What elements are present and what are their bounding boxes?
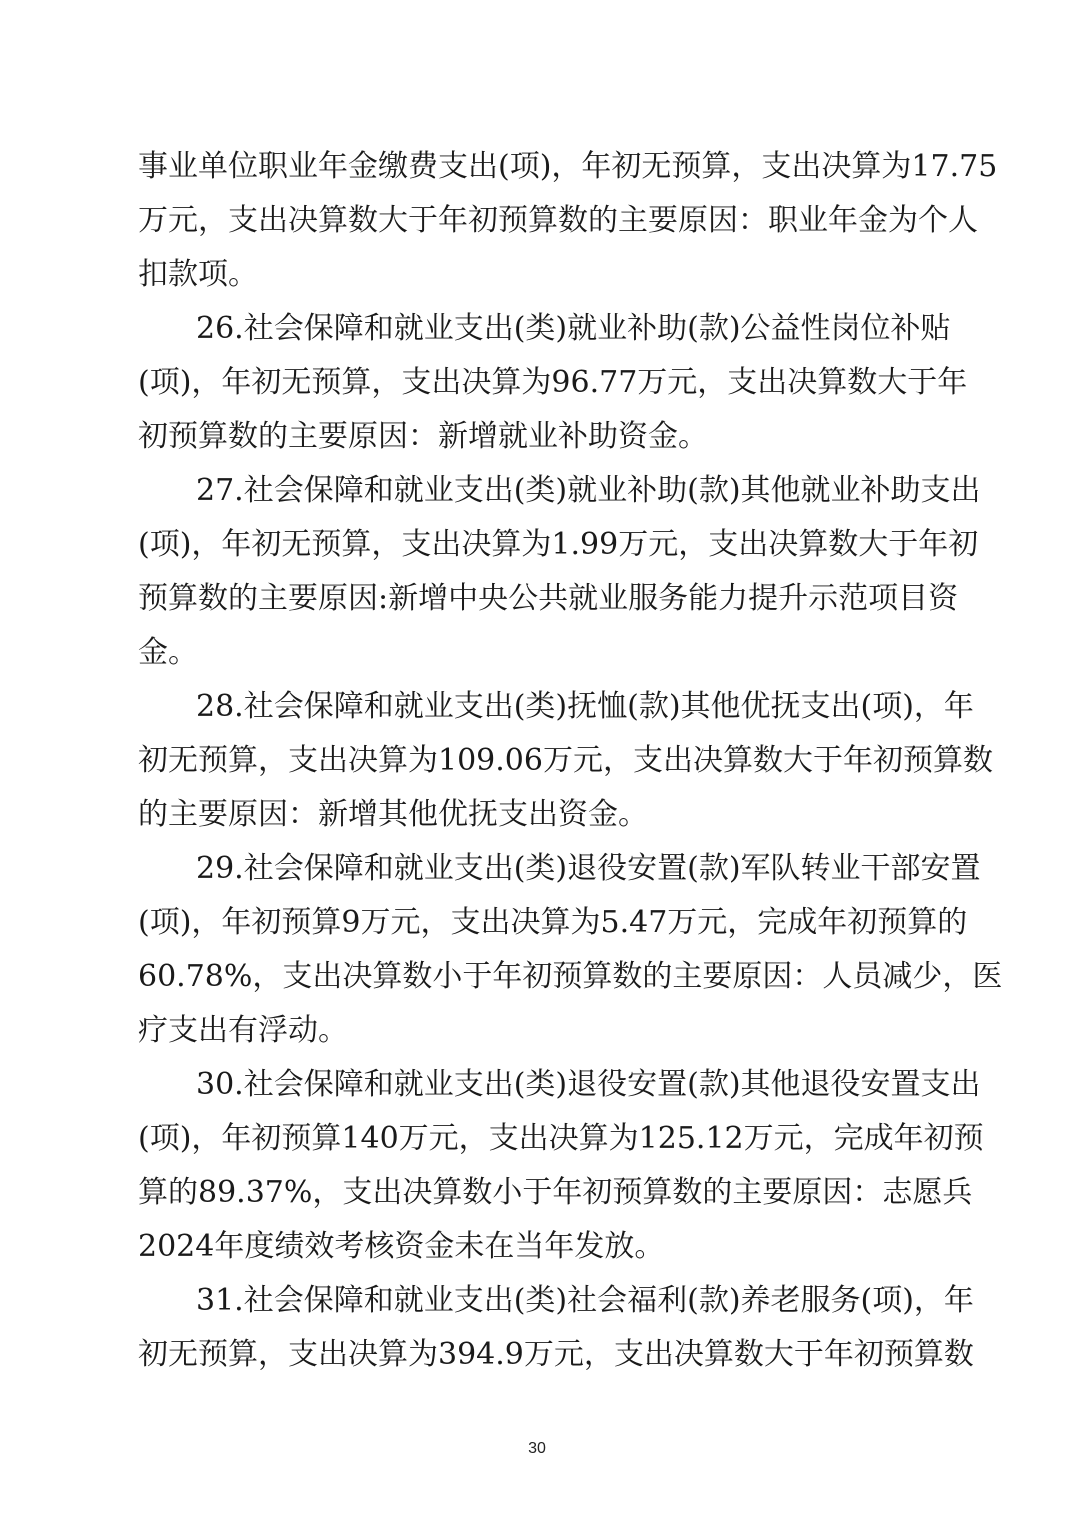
text-line: (项)，年初预算9万元，支出决算为5.47万元，完成年初预算的 [138,896,934,950]
text-line: 初无预算，支出决算为109.06万元，支出决算数大于年初预算数 [138,734,934,788]
text-line: 27.社会保障和就业支出(类)就业补助(款)其他就业补助支出 [138,464,934,518]
text-line: 扣款项。 [138,248,934,302]
paragraph-25-continued: 事业单位职业年金缴费支出(项)，年初无预算，支出决算为17.75 万元，支出决算… [138,140,934,302]
paragraph-26: 26.社会保障和就业支出(类)就业补助(款)公益性岗位补贴 (项)，年初无预算，… [138,302,934,464]
document-page: 事业单位职业年金缴费支出(项)，年初无预算，支出决算为17.75 万元，支出决算… [0,0,1074,1520]
paragraph-31: 31.社会保障和就业支出(类)社会福利(款)养老服务(项)，年 初无预算，支出决… [138,1274,934,1382]
text-line: (项)，年初预算140万元，支出决算为125.12万元，完成年初预 [138,1112,934,1166]
text-line: 30.社会保障和就业支出(类)退役安置(款)其他退役安置支出 [138,1058,934,1112]
text-line: (项)，年初无预算，支出决算为1.99万元，支出决算数大于年初 [138,518,934,572]
text-line: 28.社会保障和就业支出(类)抚恤(款)其他优抚支出(项)，年 [138,680,934,734]
text-line: (项)，年初无预算，支出决算为96.77万元，支出决算数大于年 [138,356,934,410]
text-line: 26.社会保障和就业支出(类)就业补助(款)公益性岗位补贴 [138,302,934,356]
text-line: 的主要原因：新增其他优抚支出资金。 [138,788,934,842]
body-text: 事业单位职业年金缴费支出(项)，年初无预算，支出决算为17.75 万元，支出决算… [138,140,934,1382]
text-line: 初无预算，支出决算为394.9万元，支出决算数大于年初预算数 [138,1328,934,1382]
text-line: 疗支出有浮动。 [138,1004,934,1058]
page-number: 30 [0,1440,1074,1458]
paragraph-29: 29.社会保障和就业支出(类)退役安置(款)军队转业干部安置 (项)，年初预算9… [138,842,934,1058]
text-line: 万元，支出决算数大于年初预算数的主要原因：职业年金为个人 [138,194,934,248]
paragraph-30: 30.社会保障和就业支出(类)退役安置(款)其他退役安置支出 (项)，年初预算1… [138,1058,934,1274]
text-line: 金。 [138,626,934,680]
text-line: 29.社会保障和就业支出(类)退役安置(款)军队转业干部安置 [138,842,934,896]
text-line: 算的89.37%，支出决算数小于年初预算数的主要原因：志愿兵 [138,1166,934,1220]
text-line: 预算数的主要原因:新增中央公共就业服务能力提升示范项目资 [138,572,934,626]
text-line: 事业单位职业年金缴费支出(项)，年初无预算，支出决算为17.75 [138,140,934,194]
paragraph-28: 28.社会保障和就业支出(类)抚恤(款)其他优抚支出(项)，年 初无预算，支出决… [138,680,934,842]
text-line: 初预算数的主要原因：新增就业补助资金。 [138,410,934,464]
text-line: 60.78%，支出决算数小于年初预算数的主要原因：人员减少，医 [138,950,934,1004]
text-line: 31.社会保障和就业支出(类)社会福利(款)养老服务(项)，年 [138,1274,934,1328]
text-line: 2024年度绩效考核资金未在当年发放。 [138,1220,934,1274]
paragraph-27: 27.社会保障和就业支出(类)就业补助(款)其他就业补助支出 (项)，年初无预算… [138,464,934,680]
